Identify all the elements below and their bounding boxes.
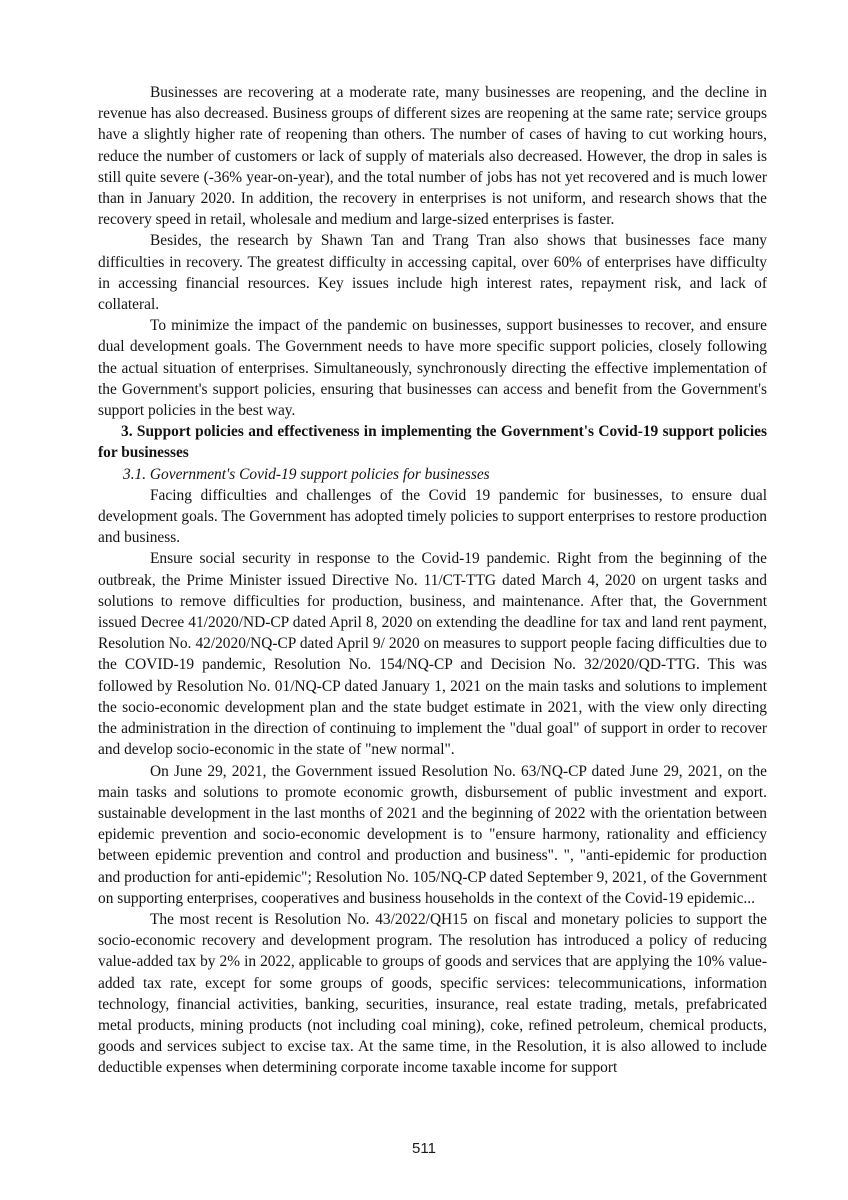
paragraph-business-recovery: Businesses are recovering at a moderate … bbox=[98, 82, 767, 230]
document-page: Businesses are recovering at a moderate … bbox=[0, 0, 848, 1200]
paragraph-research-difficulties: Besides, the research by Shawn Tan and T… bbox=[98, 230, 767, 315]
subsection-heading-3-1: 3.1. Government's Covid-19 support polic… bbox=[98, 464, 767, 485]
paragraph-resolution-63: On June 29, 2021, the Government issued … bbox=[98, 761, 767, 909]
paragraph-minimize-impact: To minimize the impact of the pandemic o… bbox=[98, 315, 767, 421]
paragraph-facing-difficulties: Facing difficulties and challenges of th… bbox=[98, 485, 767, 549]
paragraph-social-security: Ensure social security in response to th… bbox=[98, 548, 767, 760]
text-block: Businesses are recovering at a moderate … bbox=[98, 82, 767, 1079]
paragraph-resolution-43: The most recent is Resolution No. 43/202… bbox=[98, 909, 767, 1079]
section-heading-3: 3. Support policies and effectiveness in… bbox=[98, 421, 767, 463]
page-number: 511 bbox=[0, 1140, 848, 1157]
